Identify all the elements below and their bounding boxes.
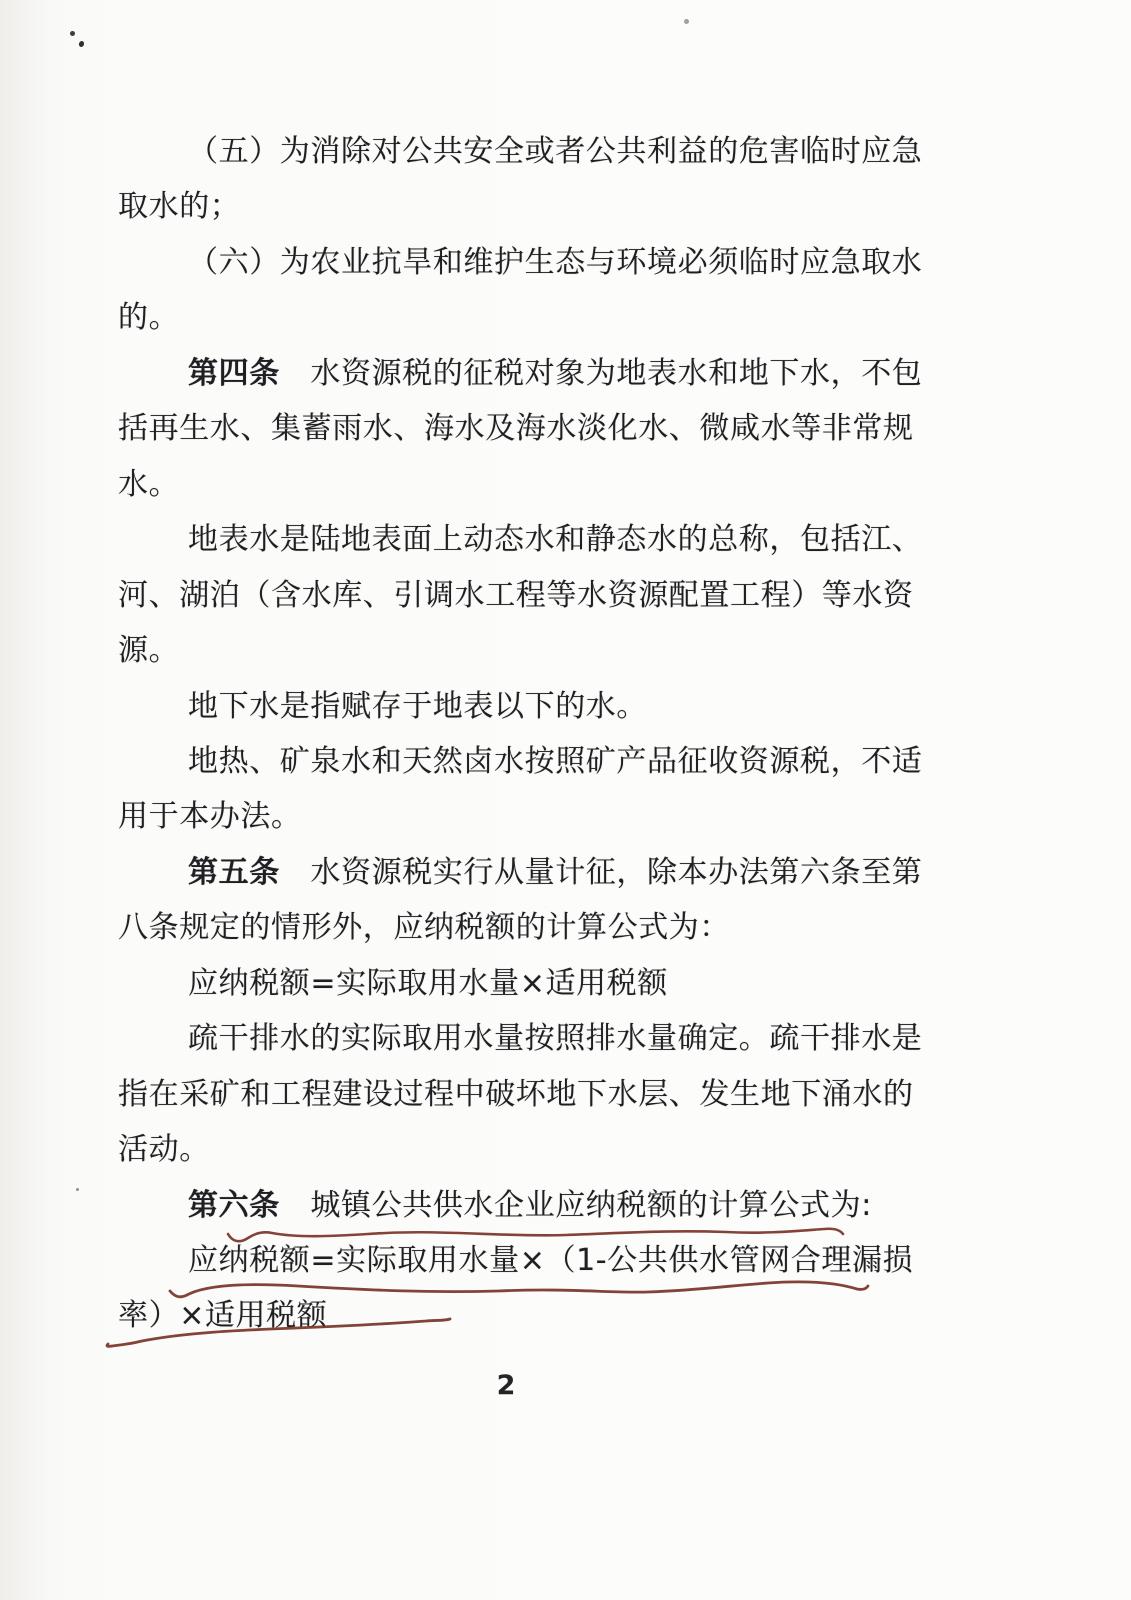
text-segment: 取水的；: [118, 189, 240, 224]
text-segment: 水资源税实行从量计征，除本办法第六条至第: [280, 855, 923, 890]
text-segment: 括再生水、集蓄雨水、海水及海水淡化水、微咸水等非常规: [118, 411, 914, 446]
text-segment: 应纳税额=实际取用水量×（1-公共供水管网合理漏损: [188, 1243, 913, 1278]
document-page: （五）为消除对公共安全或者公共利益的危害临时应急取水的；（六）为农业抗旱和维护生…: [0, 0, 1131, 1600]
drainage-line-2: 指在采矿和工程建设过程中破坏地下水层、发生地下涌水的: [118, 1076, 914, 1114]
article-4-line-2: 括再生水、集蓄雨水、海水及海水淡化水、微咸水等非常规: [118, 410, 914, 448]
article-5-line-1: 第五条 水资源税实行从量计征，除本办法第六条至第: [188, 854, 922, 892]
text-segment: 地表水是陆地表面上动态水和静态水的总称，包括江、: [188, 522, 922, 557]
clause-6-line-1: （六）为农业抗旱和维护生态与环境必须临时应急取水: [188, 244, 922, 282]
page-number: 2: [478, 1370, 534, 1401]
text-segment: 八条规定的情形外，应纳税额的计算公式为：: [118, 910, 730, 945]
clause-6-line-2: 的。: [118, 299, 179, 337]
text-segment: 源。: [118, 633, 179, 668]
drainage-line-3: 活动。: [118, 1131, 210, 1169]
text-segment: 指在采矿和工程建设过程中破坏地下水层、发生地下涌水的: [118, 1077, 914, 1112]
text-segment: 水。: [118, 467, 179, 502]
article-4-line-1: 第四条 水资源税的征税对象为地表水和地下水，不包: [188, 355, 922, 393]
formula-2-line-2: 率）×适用税额: [118, 1297, 327, 1335]
text-segment: 地热、矿泉水和天然卤水按照矿产品征收资源税，不适: [188, 744, 922, 779]
formula-2-line-1: 应纳税额=实际取用水量×（1-公共供水管网合理漏损: [188, 1242, 913, 1280]
drainage-line-1: 疏干排水的实际取用水量按照排水量确定。疏干排水是: [188, 1020, 922, 1058]
surface-water-line-3: 源。: [118, 632, 179, 670]
article-6-line-1: 第六条 城镇公共供水企业应纳税额的计算公式为:: [188, 1187, 872, 1225]
text-segment: 河、湖泊（含水库、引调水工程等水资源配置工程）等水资: [118, 578, 914, 613]
surface-water-line-1: 地表水是陆地表面上动态水和静态水的总称，包括江、: [188, 521, 922, 559]
text-segment: （五）为消除对公共安全或者公共利益的危害临时应急: [188, 134, 922, 169]
ink-speck: [70, 31, 75, 36]
text-segment: （六）为农业抗旱和维护生态与环境必须临时应急取水: [188, 245, 922, 280]
text-segment: 率）×适用税额: [118, 1298, 327, 1333]
text-segment: 地下水是指赋存于地表以下的水。: [188, 689, 647, 724]
clause-5-line-1: （五）为消除对公共安全或者公共利益的危害临时应急: [188, 133, 922, 171]
text-segment: 应纳税额=实际取用水量×适用税额: [188, 966, 668, 1001]
text-segment: 水资源税的征税对象为地表水和地下水，不包: [280, 356, 923, 391]
article-4-line-3: 水。: [118, 466, 179, 504]
ink-speck: [76, 1188, 79, 1191]
geothermal-line-2: 用于本办法。: [118, 798, 302, 836]
geothermal-line-1: 地热、矿泉水和天然卤水按照矿产品征收资源税，不适: [188, 743, 922, 781]
clause-5-line-2: 取水的；: [118, 188, 240, 226]
article-number: 第六条: [188, 1188, 280, 1223]
text-segment: 活动。: [118, 1132, 210, 1167]
ink-speck: [684, 19, 689, 24]
groundwater-line: 地下水是指赋存于地表以下的水。: [188, 688, 647, 726]
article-number: 第五条: [188, 855, 280, 890]
text-segment: 的。: [118, 300, 179, 335]
surface-water-line-2: 河、湖泊（含水库、引调水工程等水资源配置工程）等水资: [118, 577, 914, 615]
article-5-line-2: 八条规定的情形外，应纳税额的计算公式为：: [118, 909, 730, 947]
ink-speck: [78, 40, 85, 47]
text-segment: 用于本办法。: [118, 799, 302, 834]
formula-1: 应纳税额=实际取用水量×适用税额: [188, 965, 668, 1003]
text-segment: 城镇公共供水企业应纳税额的计算公式为:: [280, 1188, 872, 1223]
text-segment: 疏干排水的实际取用水量按照排水量确定。疏干排水是: [188, 1021, 922, 1056]
article-number: 第四条: [188, 356, 280, 391]
